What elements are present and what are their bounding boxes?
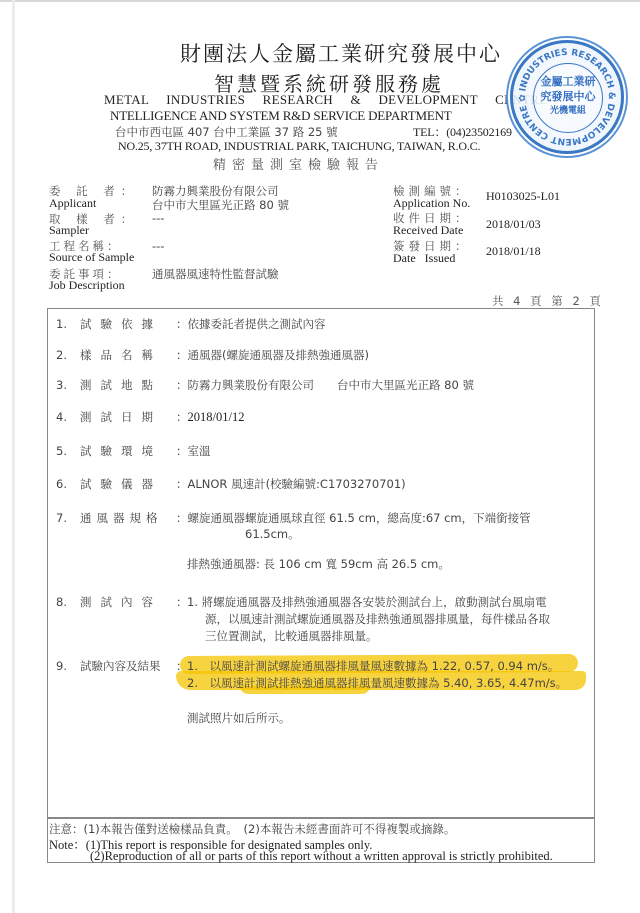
item-value: 防霧力興業股份有限公司 台中市大里區光正路 80 號	[188, 378, 474, 392]
seal-center: 金屬工業研 究發展中心 光機電組	[533, 63, 603, 133]
sampler-label-en: Sampler	[49, 223, 89, 238]
item-label: 試驗環境	[80, 443, 176, 459]
spec-b: 排熱強通風器: 長 106 cm 寬 59cm 高 26.5 cm。	[187, 556, 450, 572]
seal-text-line3: 光機電組	[534, 105, 602, 118]
item-number: 3.	[56, 378, 80, 392]
test-content-line3: 三位置測試，比較通風器排風量。	[205, 628, 378, 644]
item-ventilator-spec: 7.通風器規格：螺旋通風器：	[56, 510, 257, 526]
job-label-en: Job Description	[49, 278, 125, 293]
application-no-label-en: Application No.	[393, 196, 470, 211]
item-label: 試驗儀器	[80, 476, 176, 492]
item-label: 測試地點	[80, 377, 176, 393]
item-label: 測試內容	[80, 594, 176, 610]
page-count: 共 4 頁 第 2 頁	[492, 293, 604, 309]
item-test-content: 8.測試內容：	[56, 594, 188, 610]
address-zh: 台中市西屯區 407 台中工業區 37 路 25 號	[115, 124, 338, 140]
item-value: ALNOR 風速計(校驗編號:C1703270701)	[188, 477, 406, 491]
item-label: 試驗內容及結果	[80, 658, 176, 674]
received-date: 2018/01/03	[486, 217, 541, 232]
item-label: 測試日期	[80, 409, 176, 425]
issued-date: 2018/01/18	[486, 244, 541, 259]
job-description: 通風器風速特性監督試驗	[152, 266, 279, 282]
item-value: 2018/01/12	[188, 410, 245, 424]
spec-a-line1: 螺旋通風球直徑 61.5 cm，總高度:67 cm，下端銜接管	[245, 510, 531, 526]
item-value: 通風器(螺旋通風器及排熱強通風器)	[188, 348, 369, 362]
item-label: 試驗依據	[80, 316, 176, 332]
item-sample-name: 2.樣品名稱：通風器(螺旋通風器及排熱強通風器)	[56, 347, 369, 363]
org-title-zh: 財團法人金屬工業研究發展中心	[180, 38, 502, 68]
test-content-line2: 源，以風速計測試螺旋通風器及排熱強通風器排風量，每件樣品各取	[205, 611, 550, 627]
item-number: 5.	[56, 444, 80, 458]
item-test-date: 4.測試日期：2018/01/12	[56, 409, 244, 425]
test-content-line1: 1. 將螺旋通風器及排熱強通風器各安裝於測試台上，啟動測試台風扇電	[187, 594, 547, 610]
address-en: NO.25, 37TH ROAD, INDUSTRIAL PARK, TAICH…	[118, 139, 480, 154]
page-left-edge	[12, 0, 15, 913]
result-line-2: 2. 以風速計測試排熱強通風器排風量風速數據為 5.40, 3.65, 4.47…	[187, 675, 567, 691]
item-value: 依據委託者提供之測試內容	[188, 317, 326, 331]
result-line-1: 1. 以風速計測試螺旋通風器排風量風速數據為 1.22, 0.57, 0.94 …	[187, 658, 559, 674]
item-value: 室溫	[188, 444, 211, 458]
seal-text-line1: 金屬工業研	[534, 75, 602, 88]
source-value: ---	[152, 239, 164, 253]
applicant-label-en: Applicant	[49, 196, 96, 211]
item-number: 2.	[56, 348, 80, 362]
item-test-environment: 5.試驗環境：室溫	[56, 443, 211, 459]
item-test-basis: 1.試驗依據：依據委託者提供之測試內容	[56, 316, 326, 332]
item-number: 4.	[56, 410, 80, 424]
issued-date-label-en: Date Issued	[393, 251, 455, 266]
item-results: 9.試驗內容及結果：	[56, 658, 188, 674]
item-number: 1.	[56, 317, 80, 331]
official-seal-stamp: INDUSTRIES RESEARCH & DEVELOPMENT CENTRE…	[510, 40, 624, 154]
photos-note: 測試照片如后所示。	[187, 710, 291, 726]
application-no: H0103025-L01	[486, 189, 560, 204]
item-number: 9.	[56, 659, 80, 673]
item-label: 通風器規格	[80, 510, 176, 526]
item-number: 8.	[56, 595, 80, 609]
received-date-label-en: Received Date	[393, 223, 463, 238]
report-title: 精密量測室檢驗報告	[213, 154, 384, 173]
item-test-location: 3.測試地點：防霧力興業股份有限公司 台中市大里區光正路 80 號	[56, 377, 474, 393]
seal-text-line2: 究發展中心	[534, 90, 602, 103]
source-label-en: Source of Sample	[49, 250, 134, 265]
item-test-instrument: 6.試驗儀器：ALNOR 風速計(校驗編號:C1703270701)	[56, 476, 406, 492]
telephone: TEL：(04)23502169	[413, 123, 512, 140]
page-top-edge	[0, 0, 640, 2]
org-title-en: METAL INDUSTRIES RESEARCH & DEVELOPMENT …	[104, 92, 548, 108]
item-number: 6.	[56, 477, 80, 491]
spec-a-line2: 61.5cm。	[245, 526, 300, 542]
item-number: 7.	[56, 511, 80, 525]
applicant-address: 台中市大里區光正路 80 號	[152, 197, 289, 213]
department-title-en: NTELLIGENCE AND SYSTEM R&D SERVICE DEPAR…	[110, 108, 452, 124]
sampler-value: ---	[152, 211, 164, 225]
note-en-2: (2)Reproduction of all or parts of this …	[90, 849, 553, 864]
item-label: 樣品名稱	[80, 347, 176, 363]
